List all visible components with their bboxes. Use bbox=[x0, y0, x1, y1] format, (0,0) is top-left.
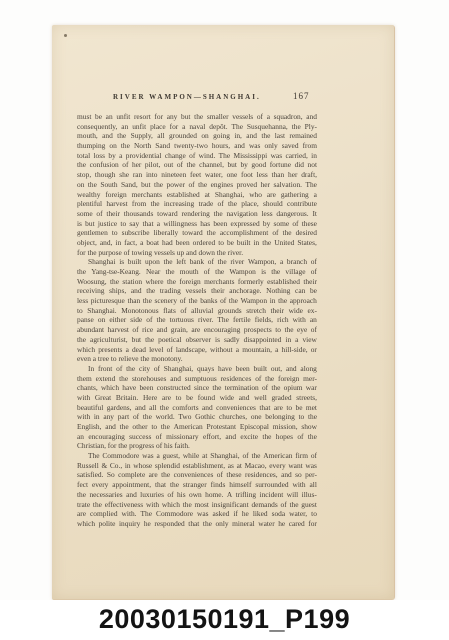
text-line: mouth,andtheSupply,allgroundedongoingin,… bbox=[77, 131, 317, 141]
catalog-number: 20030150191_P199 bbox=[99, 603, 350, 635]
text-line: panseoneithersideofthetortuousriver.Thef… bbox=[77, 315, 317, 325]
text-line: plentifulharvestfromtheincreasingtradeof… bbox=[77, 199, 317, 209]
page-header: RIVER WAMPON—SHANGHAI. 167 bbox=[77, 91, 317, 103]
page-speck bbox=[64, 34, 67, 37]
text-line: anencouragingsuccessofmissionaryeffort,a… bbox=[77, 432, 317, 442]
text-line: Christian, for the progress of his faith… bbox=[77, 441, 317, 451]
text-line: object,and,infact,aboathadbeenorderedtob… bbox=[77, 238, 317, 248]
text-line: theagriculturist,butthepoeticalobserveri… bbox=[77, 335, 317, 345]
text-line: toShanghai.Monotonousflatsofalluvialgrou… bbox=[77, 306, 317, 316]
text-line: thumpingontheNorthSandtwenty-twohours,an… bbox=[77, 141, 317, 151]
text-line: theYang-tse-Keang.NearthemouthoftheWampo… bbox=[77, 267, 317, 277]
text-line: ontheSouthSand,butthepoweroftheenginespr… bbox=[77, 180, 317, 190]
page-number: 167 bbox=[293, 91, 310, 101]
text-line: Russell&Co.,inwhosesplendidestablishment… bbox=[77, 461, 317, 471]
text-line: gentlementosubscribeliberallytowardtheac… bbox=[77, 228, 317, 238]
text-line: receivingships,andthetradingvesselstheir… bbox=[77, 286, 317, 296]
page-body: mustbeanunfitresortforanybutthesmallerve… bbox=[77, 112, 317, 529]
caption-bar: 20030150191_P199 bbox=[0, 600, 449, 640]
text-line: Woosung,thestationwheretheforeignmerchan… bbox=[77, 277, 317, 287]
scan-viewport: RIVER WAMPON—SHANGHAI. 167 mustbeanunfit… bbox=[0, 0, 449, 640]
text-line: isbutjusticetosaythatawillingnesshasbeen… bbox=[77, 219, 317, 229]
text-line: beautifulgardens,andallthecomfortsandcon… bbox=[77, 403, 317, 413]
text-line: thenecessariesandluxuriesofhisownhome.At… bbox=[77, 490, 317, 500]
text-line: someoftheirthousandstowardrenderingthena… bbox=[77, 209, 317, 219]
text-line: totallossbyaprovidentialchangeofwind.The… bbox=[77, 151, 317, 161]
text-line: even a tree to relieve the monotony. bbox=[77, 354, 317, 364]
text-line: themextendthestorehousesandsumptuousresi… bbox=[77, 374, 317, 384]
text-line: InfrontofthecityofShanghai,quayshavebeen… bbox=[77, 364, 317, 374]
text-line: English,andtheothertotheAmericanProtesta… bbox=[77, 422, 317, 432]
text-line: theconfusionofherpilot,outofthechannel,b… bbox=[77, 160, 317, 170]
text-line: whichpoliteinquiryherespondedthattheonly… bbox=[77, 519, 317, 529]
text-line: wealthyforeignmerchantsestablishedatShan… bbox=[77, 190, 317, 200]
book-page: RIVER WAMPON—SHANGHAI. 167 mustbeanunfit… bbox=[52, 25, 395, 600]
text-line: withGreatBritain.Herearetobefoundwideand… bbox=[77, 393, 317, 403]
text-line: consequently,anunfitplaceforanavaldepôt.… bbox=[77, 122, 317, 132]
running-head: RIVER WAMPON—SHANGHAI. bbox=[113, 93, 261, 101]
text-line: abundantharvestofriceandgrain,areencoura… bbox=[77, 325, 317, 335]
text-line: stop,thoughsheranintonineteenfeetwater,o… bbox=[77, 170, 317, 180]
text-line: arecompliedwith.TheCommodorewasaskedifhe… bbox=[77, 509, 317, 519]
text-line: tratetheeffectivenesswithwhichthemostins… bbox=[77, 500, 317, 510]
text-line: withinanypartoftheworld.TwoGothicchurche… bbox=[77, 412, 317, 422]
text-line: fecteveryappointment,thatthestrangerfind… bbox=[77, 480, 317, 490]
text-line: Shanghaiisbuiltupontheleftbankoftheriver… bbox=[77, 257, 317, 267]
text-line: satisfied.Socompletearetheconveniencesof… bbox=[77, 470, 317, 480]
text-line: for the purpose of towing vessels up and… bbox=[77, 248, 317, 258]
text-line: TheCommodorewasaguest,whileatShanghai,of… bbox=[77, 451, 317, 461]
text-line: chants,whichhavebeenconstructedsincethet… bbox=[77, 383, 317, 393]
text-line: whichpresentsadeadleveloflandscape,witho… bbox=[77, 345, 317, 355]
text-line: mustbeanunfitresortforanybutthesmallerve… bbox=[77, 112, 317, 122]
text-line: lesspicturesquethanthesceneryofthebankso… bbox=[77, 296, 317, 306]
